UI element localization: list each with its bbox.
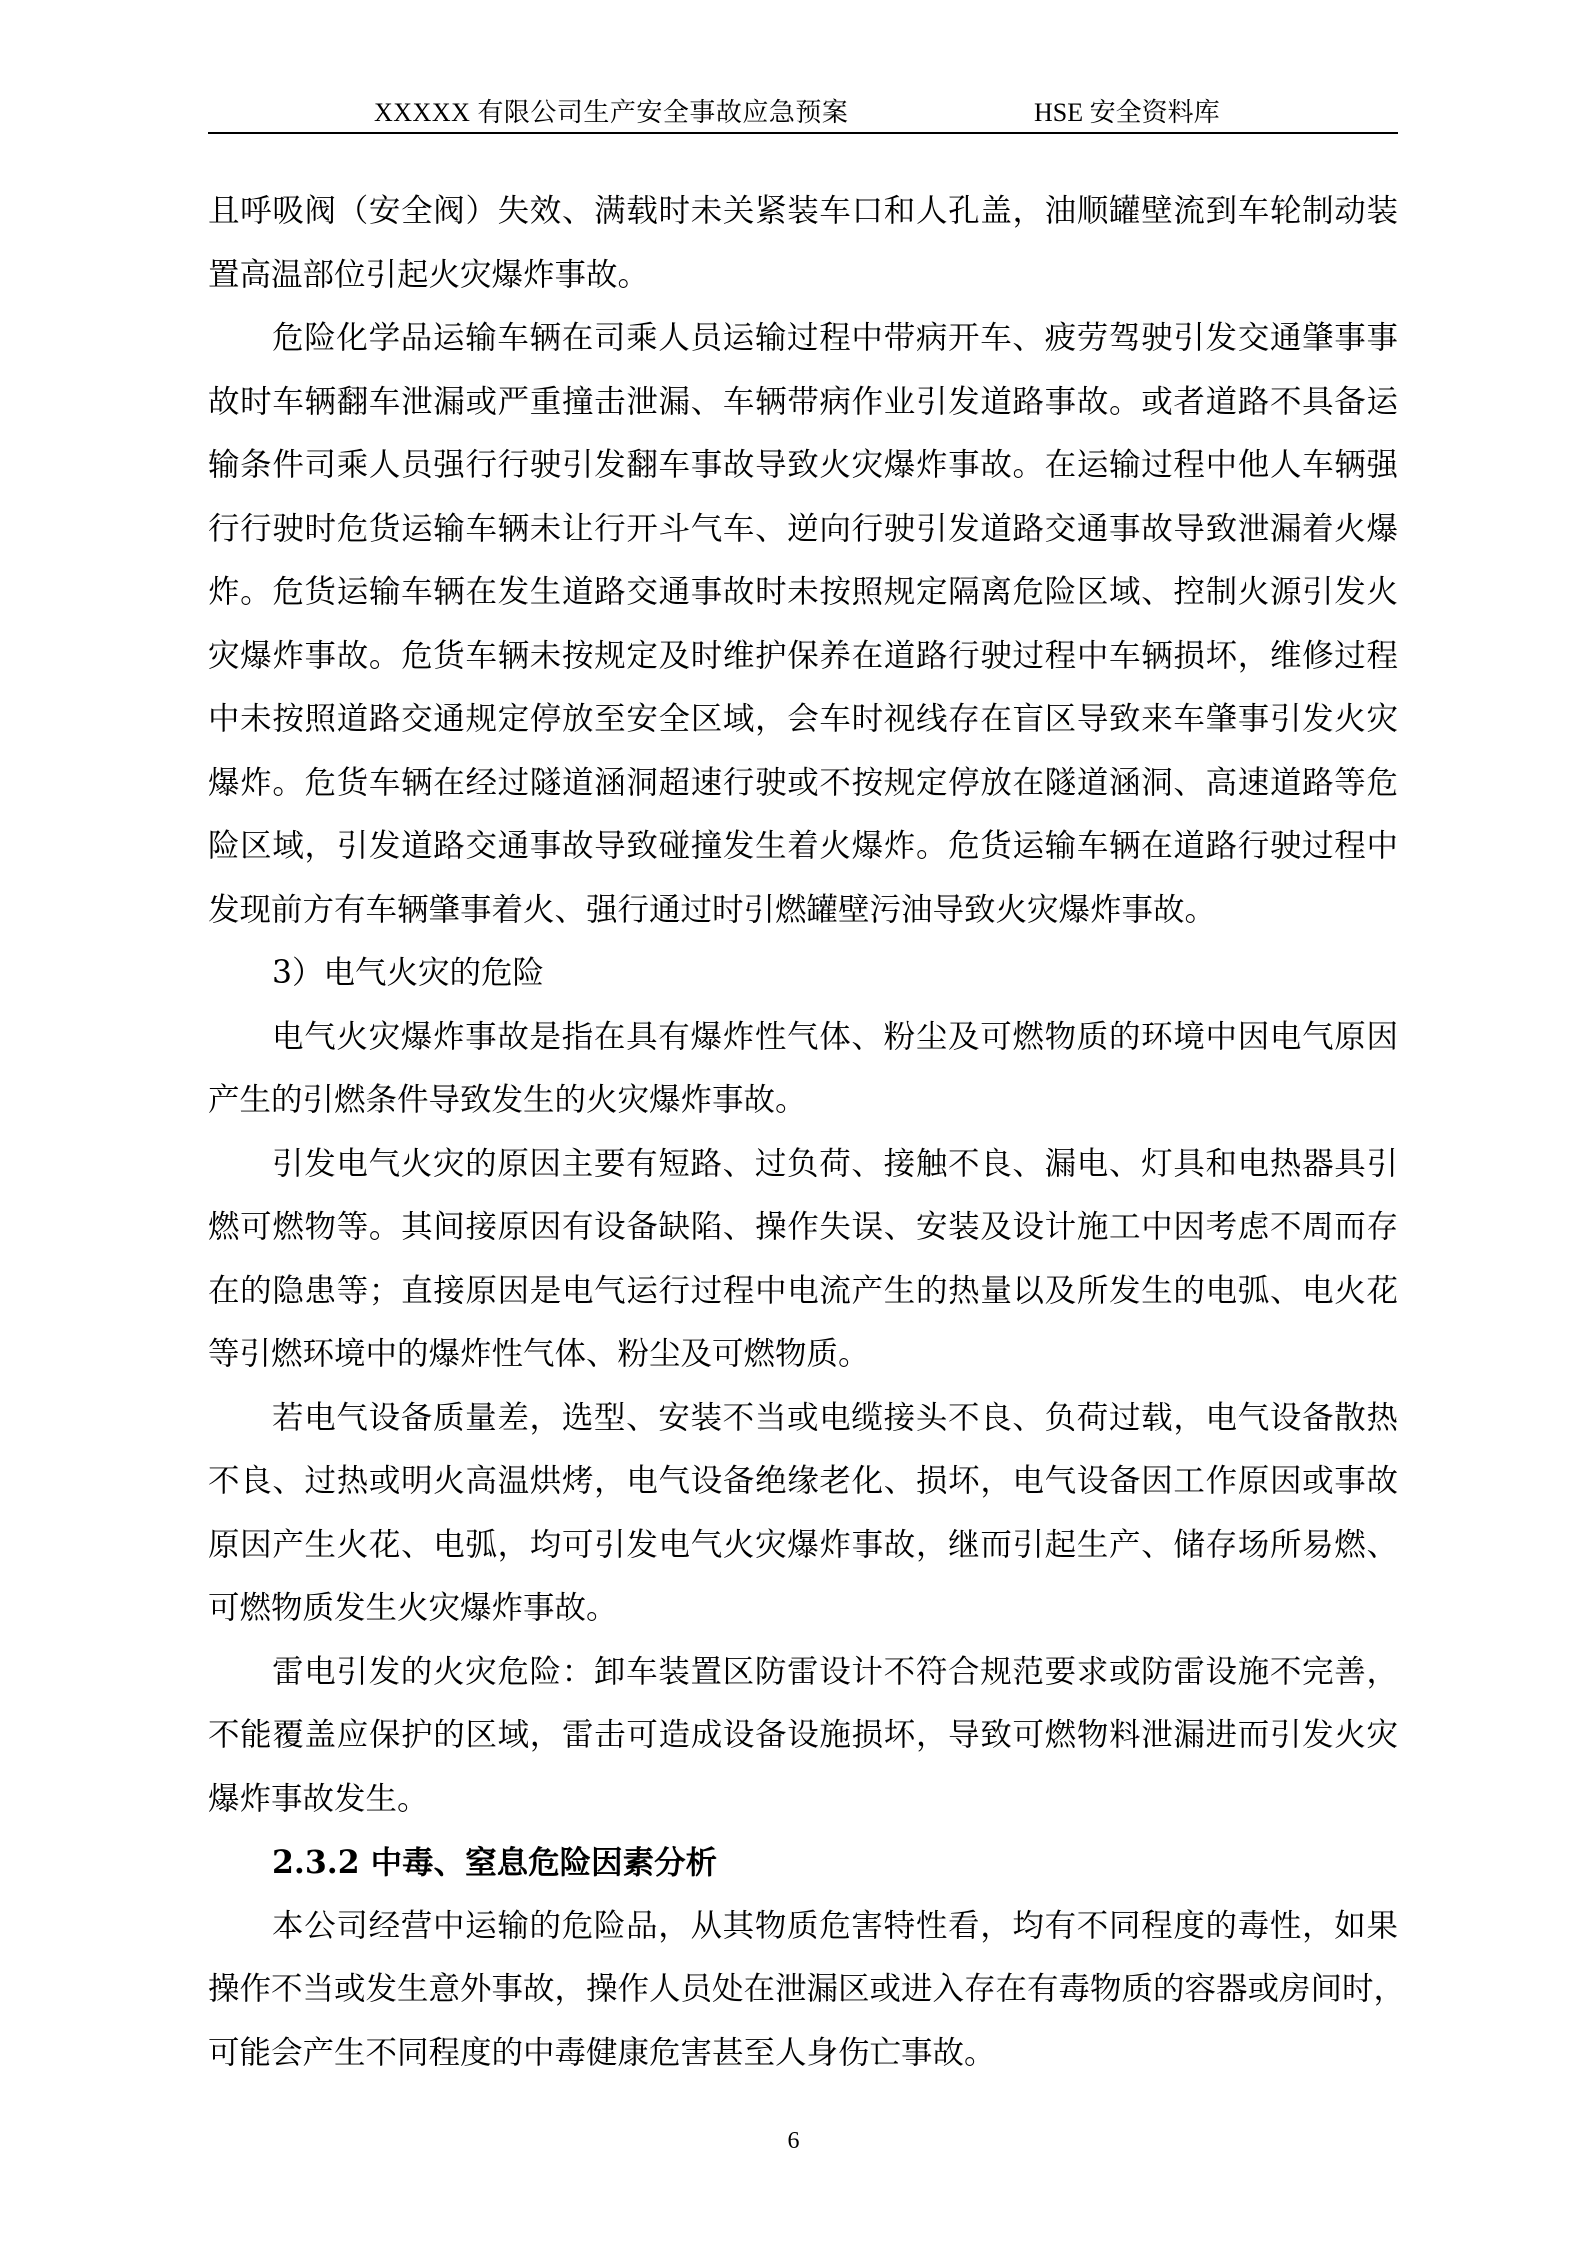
text-line: 可能会产生不同程度的中毒健康危害甚至人身伤亡事故。 [208,2022,1398,2086]
text-line: 行行驶时危货运输车辆未让行开斗气车、逆向行驶引发道路交通事故导致泄漏着火爆 [208,498,1398,562]
text-line: 炸。危货运输车辆在发生道路交通事故时未按照规定隔离危险区域、控制火源引发火 [208,561,1398,625]
text-line: 灾爆炸事故。危货车辆未按规定及时维护保养在道路行驶过程中车辆损坏，维修过程 [208,625,1398,689]
text-line: 故时车辆翻车泄漏或严重撞击泄漏、车辆带病作业引发道路事故。或者道路不具备运 [208,371,1398,435]
page-number: 6 [0,2128,1587,2155]
page-header: XXXXX 有限公司生产安全事故应急预案 HSE 安全资料库 [208,88,1398,134]
text-line: 操作不当或发生意外事故，操作人员处在泄漏区或进入存在有毒物质的容器或房间时， [208,1958,1398,2022]
header-document-title: XXXXX 有限公司生产安全事故应急预案 [374,92,848,129]
text-line: 本公司经营中运输的危险品，从其物质危害特性看，均有不同程度的毒性，如果 [208,1895,1398,1959]
text-line: 爆炸。危货车辆在经过隧道涵洞超速行驶或不按规定停放在隧道涵洞、高速道路等危 [208,752,1398,816]
text-line: 燃可燃物等。其间接原因有设备缺陷、操作失误、安装及设计施工中因考虑不周而存 [208,1196,1398,1260]
text-line: 等引燃环境中的爆炸性气体、粉尘及可燃物质。 [208,1323,1398,1387]
text-line: 且呼吸阀（安全阀）失效、满载时未关紧装车口和人孔盖，油顺罐壁流到车轮制动装 [208,180,1398,244]
text-line: 雷电引发的火灾危险：卸车装置区防雷设计不符合规范要求或防雷设施不完善， [208,1641,1398,1705]
text-line: 发现前方有车辆肇事着火、强行通过时引燃罐壁污油导致火灾爆炸事故。 [208,879,1398,943]
text-line: 险区域，引发道路交通事故导致碰撞发生着火爆炸。危货运输车辆在道路行驶过程中 [208,815,1398,879]
text-line: 不良、过热或明火高温烘烤，电气设备绝缘老化、损坏，电气设备因工作原因或事故 [208,1450,1398,1514]
text-line: 若电气设备质量差，选型、安装不当或电缆接头不良、负荷过载，电气设备散热 [208,1387,1398,1451]
text-line: 输条件司乘人员强行行驶引发翻车事故导致火灾爆炸事故。在运输过程中他人车辆强 [208,434,1398,498]
text-line: 在的隐患等；直接原因是电气运行过程中电流产生的热量以及所发生的电弧、电火花 [208,1260,1398,1324]
text-line: 原因产生火花、电弧，均可引发电气火灾爆炸事故，继而引起生产、储存场所易燃、 [208,1514,1398,1578]
text-line: 产生的引燃条件导致发生的火灾爆炸事故。 [208,1069,1398,1133]
document-body: 且呼吸阀（安全阀）失效、满载时未关紧装车口和人孔盖，油顺罐壁流到车轮制动装置高温… [208,180,1398,2085]
header-library-name: HSE 安全资料库 [1034,92,1220,129]
section-heading: 2.3.2 中毒、窒息危险因素分析 [208,1831,1398,1895]
text-line: 中未按照道路交通规定停放至安全区域，会车时视线存在盲区导致来车肇事引发火灾 [208,688,1398,752]
text-line: 3）电气火灾的危险 [208,942,1398,1006]
text-line: 电气火灾爆炸事故是指在具有爆炸性气体、粉尘及可燃物质的环境中因电气原因 [208,1006,1398,1070]
text-line: 危险化学品运输车辆在司乘人员运输过程中带病开车、疲劳驾驶引发交通肇事事 [208,307,1398,371]
text-line: 爆炸事故发生。 [208,1768,1398,1832]
text-line: 置高温部位引起火灾爆炸事故。 [208,244,1398,308]
text-line: 不能覆盖应保护的区域，雷击可造成设备设施损坏，导致可燃物料泄漏进而引发火灾 [208,1704,1398,1768]
text-line: 引发电气火灾的原因主要有短路、过负荷、接触不良、漏电、灯具和电热器具引 [208,1133,1398,1197]
text-line: 可燃物质发生火灾爆炸事故。 [208,1577,1398,1641]
